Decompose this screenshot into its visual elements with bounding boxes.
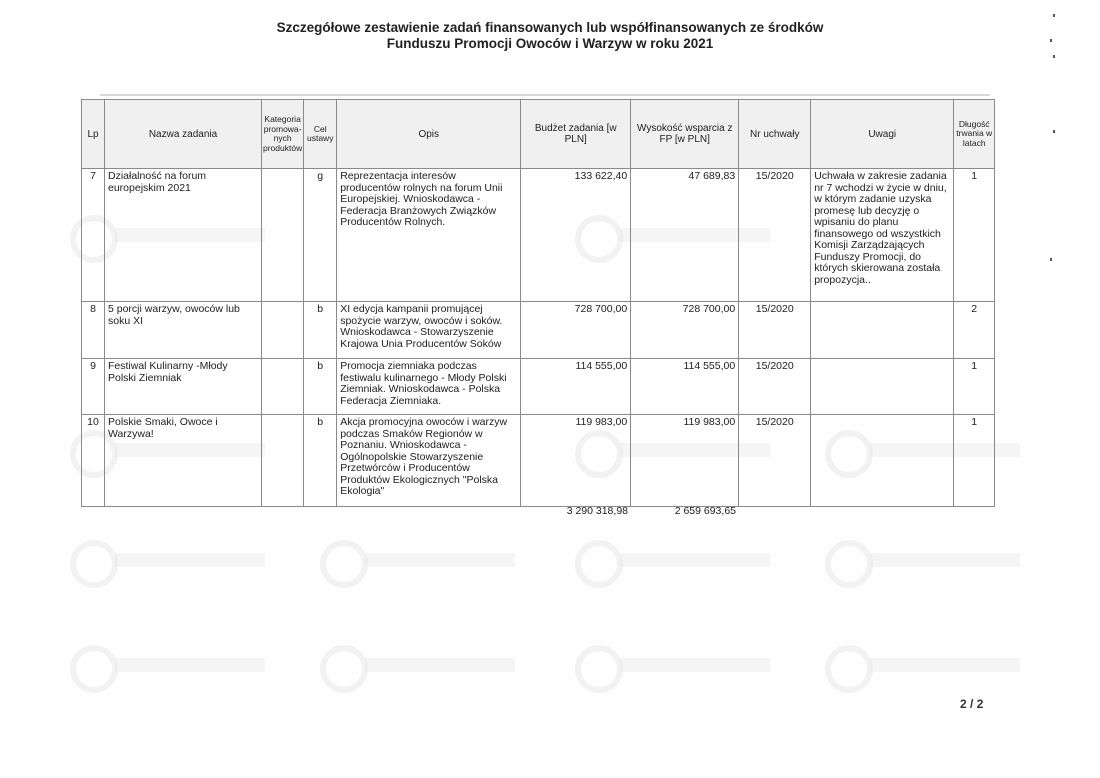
header-goal: Cel ustawy	[304, 100, 337, 169]
cell-category	[262, 169, 304, 302]
cell-remarks	[811, 302, 954, 359]
header-remarks: Uwagi	[811, 100, 954, 169]
cell-support: 114 555,00	[631, 359, 739, 415]
title-line-1: Szczegółowe zestawienie zadań finansowan…	[0, 20, 1100, 36]
cell-budget: 119 983,00	[521, 415, 631, 507]
header-name: Nazwa zadania	[105, 100, 262, 169]
cell-remarks	[811, 415, 954, 507]
cell-description: Promocja ziemniaka podczas festiwalu kul…	[337, 359, 521, 415]
scan-artifact	[1050, 258, 1052, 261]
cell-name: 5 porcji warzyw, owoców lub soku XI	[105, 302, 262, 359]
scan-artifact	[1053, 55, 1055, 58]
cell-description: Akcja promocyjna owoców i warzyw podczas…	[337, 415, 521, 507]
cell-goal: g	[304, 169, 337, 302]
cell-duration: 1	[954, 359, 995, 415]
cell-description: Reprezentacja interesów producentów roln…	[337, 169, 521, 302]
table-top-rule	[100, 94, 990, 96]
cell-support: 728 700,00	[631, 302, 739, 359]
cell-budget: 114 555,00	[521, 359, 631, 415]
cell-support: 119 983,00	[631, 415, 739, 507]
header-duration: Długość trwania w latach	[954, 100, 995, 169]
cell-name: Polskie Smaki, Owoce i Warzywa!	[105, 415, 262, 507]
cell-category	[262, 302, 304, 359]
cell-remarks: Uchwała w zakresie zadania nr 7 wchodzi …	[811, 169, 954, 302]
scan-artifact	[1053, 14, 1055, 17]
cell-support: 47 689,83	[631, 169, 739, 302]
cell-resolution: 15/2020	[739, 302, 811, 359]
cell-goal: b	[304, 359, 337, 415]
table-row: 10 Polskie Smaki, Owoce i Warzywa! b Akc…	[82, 415, 995, 507]
header-category: Kategoria promowa- nych produktów	[262, 100, 304, 169]
table-row: 9 Festiwal Kulinarny -Młody Polski Ziemn…	[82, 359, 995, 415]
cell-resolution: 15/2020	[739, 359, 811, 415]
cell-budget: 133 622,40	[521, 169, 631, 302]
cell-duration: 2	[954, 302, 995, 359]
cell-resolution: 15/2020	[739, 169, 811, 302]
cell-duration: 1	[954, 415, 995, 507]
header-lp: Lp	[82, 100, 105, 169]
document-title: Szczegółowe zestawienie zadań finansowan…	[0, 20, 1100, 52]
cell-description: XI edycja kampanii promującej spożycie w…	[337, 302, 521, 359]
cell-budget: 728 700,00	[521, 302, 631, 359]
cell-goal: b	[304, 415, 337, 507]
cell-category	[262, 359, 304, 415]
cell-duration: 1	[954, 169, 995, 302]
table-header-row: Lp Nazwa zadania Kategoria promowa- nych…	[82, 100, 995, 169]
cell-lp: 9	[82, 359, 105, 415]
cell-lp: 8	[82, 302, 105, 359]
cell-name: Działalność na forum europejskim 2021	[105, 169, 262, 302]
header-budget: Budżet zadania [w PLN]	[521, 100, 631, 169]
header-resolution: Nr uchwały	[739, 100, 811, 169]
total-budget: 3 290 318,98	[518, 505, 628, 517]
cell-name: Festiwal Kulinarny -Młody Polski Ziemnia…	[105, 359, 262, 415]
title-line-2: Funduszu Promocji Owoców i Warzyw w roku…	[0, 36, 1100, 52]
cell-resolution: 15/2020	[739, 415, 811, 507]
total-support: 2 659 693,65	[628, 505, 736, 517]
cell-remarks	[811, 359, 954, 415]
cell-lp: 10	[82, 415, 105, 507]
table-row: 8 5 porcji warzyw, owoców lub soku XI b …	[82, 302, 995, 359]
cell-lp: 7	[82, 169, 105, 302]
tasks-table: Lp Nazwa zadania Kategoria promowa- nych…	[81, 99, 995, 507]
scan-artifact	[1053, 130, 1055, 133]
cell-goal: b	[304, 302, 337, 359]
header-support: Wysokość wsparcia z FP [w PLN]	[631, 100, 739, 169]
page-number: 2 / 2	[960, 697, 983, 711]
cell-category	[262, 415, 304, 507]
table-row: 7 Działalność na forum europejskim 2021 …	[82, 169, 995, 302]
header-description: Opis	[337, 100, 521, 169]
